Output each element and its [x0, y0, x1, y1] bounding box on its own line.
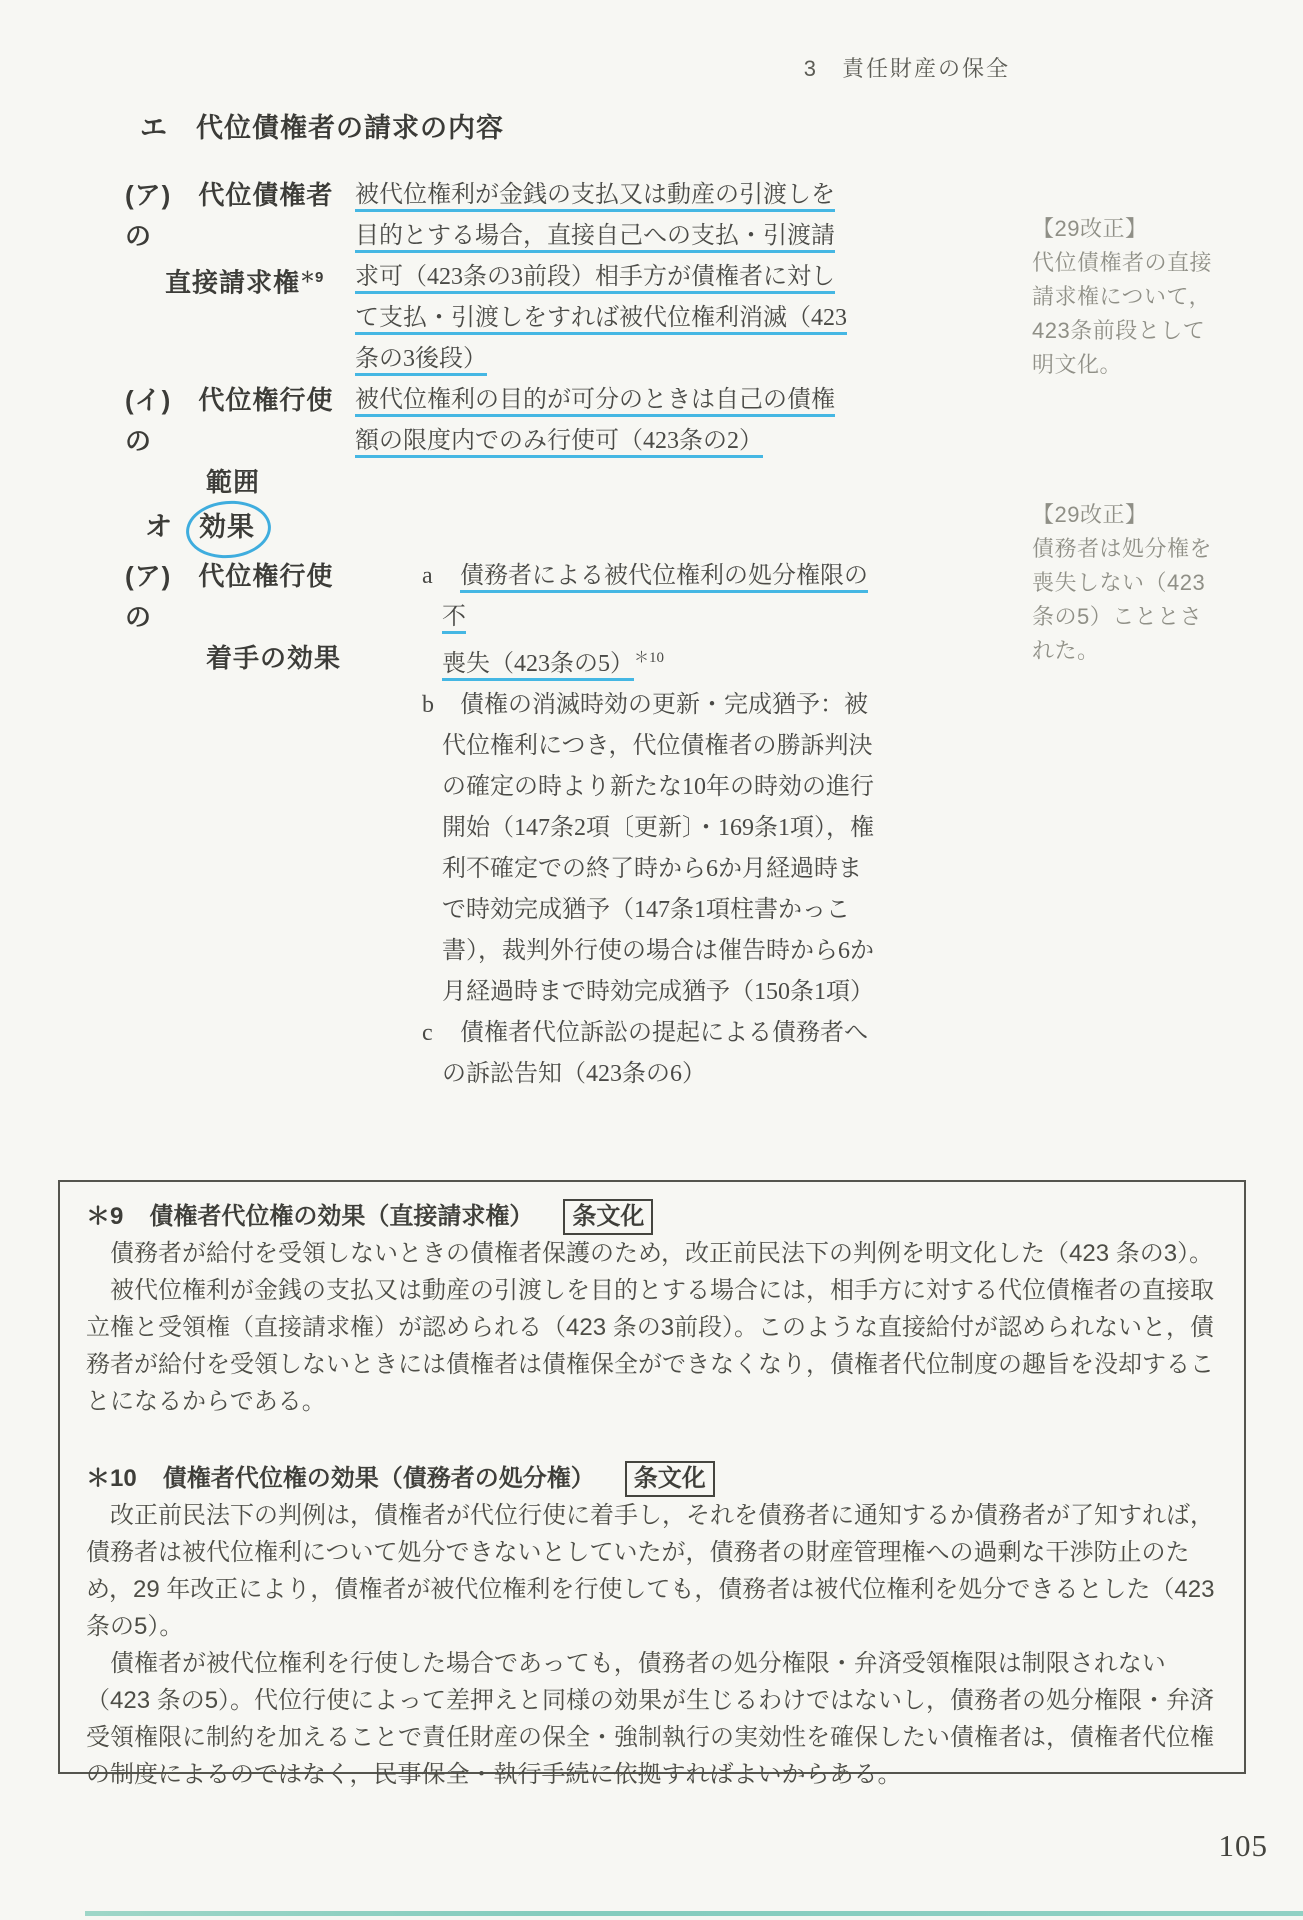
list-item-c: c債権者代位訴訟の提起による債務者への訴訟告知（423条の6）: [422, 1013, 875, 1095]
heading-request-content: エ 代位債権者の請求の内容: [115, 106, 1055, 145]
label-line: 範囲: [115, 462, 355, 503]
heading-effect: オ効果: [115, 507, 1055, 548]
footnote-10-heading: ＊10債権者代位権の効果（債務者の処分権）条文化: [86, 1460, 1218, 1497]
footnote-paragraph: 改正前民法下の判例は，債権者が代位行使に着手し，それを債務者に通知するか債務者が…: [86, 1497, 1218, 1645]
list-item-b: b債権の消滅時効の更新・完成猶予：被代位権利につき，代位債権者の勝訴判決の確定の…: [422, 685, 875, 1013]
textbook-page: 3 責任財産の保全 エ 代位債権者の請求の内容 (ア) 代位債権者の 直接請求権…: [0, 0, 1303, 1920]
heading-effect-kana: オ: [145, 512, 173, 542]
footnote-10: ＊10債権者代位権の効果（債務者の処分権）条文化 改正前民法下の判例は，債権者が…: [86, 1460, 1218, 1793]
scan-edge-strip: [85, 1911, 1303, 1916]
effect-word-circled: 効果: [195, 507, 259, 548]
item-marker: b: [422, 685, 460, 726]
row-direct-claim-label: (ア) 代位債権者の 直接請求権＊9: [115, 175, 355, 380]
margin-note-amendment-1: 【29改正】 代位債権者の直接請求権について，423条前段として明文化。: [1032, 212, 1222, 382]
amendment-tag: 【29改正】: [1032, 212, 1222, 246]
label-line: (イ) 代位権行使の: [115, 380, 355, 462]
label-line: 着手の効果: [115, 638, 355, 679]
running-head: 3 責任財産の保全: [804, 52, 1010, 83]
footnote-paragraph: 債務者が給付を受領しないときの債権者保護のため，改正前民法下の判例を明文化した（…: [86, 1235, 1218, 1272]
underlined-line: 額の限度内でのみ行使可（423条の2）: [355, 421, 855, 462]
outline-section: エ 代位債権者の請求の内容 (ア) 代位債権者の 直接請求権＊9 被代位権利が金…: [115, 106, 1055, 1095]
list-item-a: a債務者による被代位権利の処分権限の不: [422, 556, 875, 638]
footnote-paragraph: 被代位権利が金銭の支払又は動産の引渡しを目的とする場合には，相手方に対する代位債…: [86, 1272, 1218, 1420]
codified-badge: 条文化: [625, 1461, 715, 1497]
footnote-number: ＊9: [86, 1203, 123, 1230]
row-exercise-scope: (イ) 代位権行使の 範囲 被代位権利の目的が可分のときは自己の債権 額の限度内…: [115, 380, 1055, 503]
footnote-9: ＊9債権者代位権の効果（直接請求権）条文化 債務者が給付を受領しないときの債権者…: [86, 1198, 1218, 1420]
underlined-line: 目的とする場合，直接自己への支払・引渡請: [355, 216, 855, 257]
amendment-tag: 【29改正】: [1032, 498, 1222, 532]
underlined-line: 求可（423条の3前段）相手方が債権者に対し: [355, 257, 855, 298]
underlined-line: 被代位権利の目的が可分のときは自己の債権: [355, 380, 855, 421]
item-marker: a: [422, 556, 460, 597]
margin-note-amendment-2: 【29改正】 債務者は処分権を喪失しない（423条の5）こととされた。: [1032, 498, 1222, 668]
footnote-ref-10: ＊10: [634, 650, 664, 666]
footnote-ref-9: ＊9: [300, 269, 323, 286]
footnote-title: 債権者代位権の効果（直接請求権）: [149, 1203, 533, 1230]
underlined-line: て支払・引渡しをすれば被代位権利消滅（423: [355, 298, 855, 339]
page-number: 105: [1219, 1828, 1269, 1864]
footnote-9-heading: ＊9債権者代位権の効果（直接請求権）条文化: [86, 1198, 1218, 1235]
row-commencement-effect: (ア) 代位権行使の 着手の効果 a債務者による被代位権利の処分権限の不 喪失（…: [115, 556, 1055, 1095]
row-exercise-scope-label: (イ) 代位権行使の 範囲: [115, 380, 355, 503]
label-line: (ア) 代位債権者の: [115, 175, 355, 257]
row-exercise-scope-body: 被代位権利の目的が可分のときは自己の債権 額の限度内でのみ行使可（423条の2）: [355, 380, 855, 503]
underlined-line: 被代位権利が金銭の支払又は動産の引渡しを: [355, 175, 855, 216]
list-item-a-continuation: 喪失（423条の5）＊10: [422, 638, 875, 685]
footnote-box: ＊9債権者代位権の効果（直接請求権）条文化 債務者が給付を受領しないときの債権者…: [58, 1180, 1246, 1774]
footnote-title: 債権者代位権の効果（債務者の処分権）: [163, 1465, 595, 1492]
row-commencement-effect-body: a債務者による被代位権利の処分権限の不 喪失（423条の5）＊10 b債権の消滅…: [355, 556, 855, 1095]
row-commencement-effect-label: (ア) 代位権行使の 着手の効果: [115, 556, 355, 1095]
label-line: (ア) 代位権行使の: [115, 556, 355, 638]
row-direct-claim: (ア) 代位債権者の 直接請求権＊9 被代位権利が金銭の支払又は動産の引渡しを …: [115, 175, 1055, 380]
margin-note-text: 代位債権者の直接請求権について，423条前段として明文化。: [1032, 246, 1222, 382]
row-direct-claim-body: 被代位権利が金銭の支払又は動産の引渡しを 目的とする場合，直接自己への支払・引渡…: [355, 175, 855, 380]
margin-note-text: 債務者は処分権を喪失しない（423条の5）こととされた。: [1032, 532, 1222, 668]
label-line: 直接請求権＊9: [115, 257, 355, 304]
underlined-line: 条の3後段）: [355, 339, 855, 380]
codified-badge: 条文化: [563, 1199, 653, 1235]
footnote-number: ＊10: [86, 1465, 137, 1492]
footnote-paragraph: 債権者が被代位権利を行使した場合であっても，債務者の処分権限・弁済受領権限は制限…: [86, 1645, 1218, 1793]
item-marker: c: [422, 1013, 460, 1054]
